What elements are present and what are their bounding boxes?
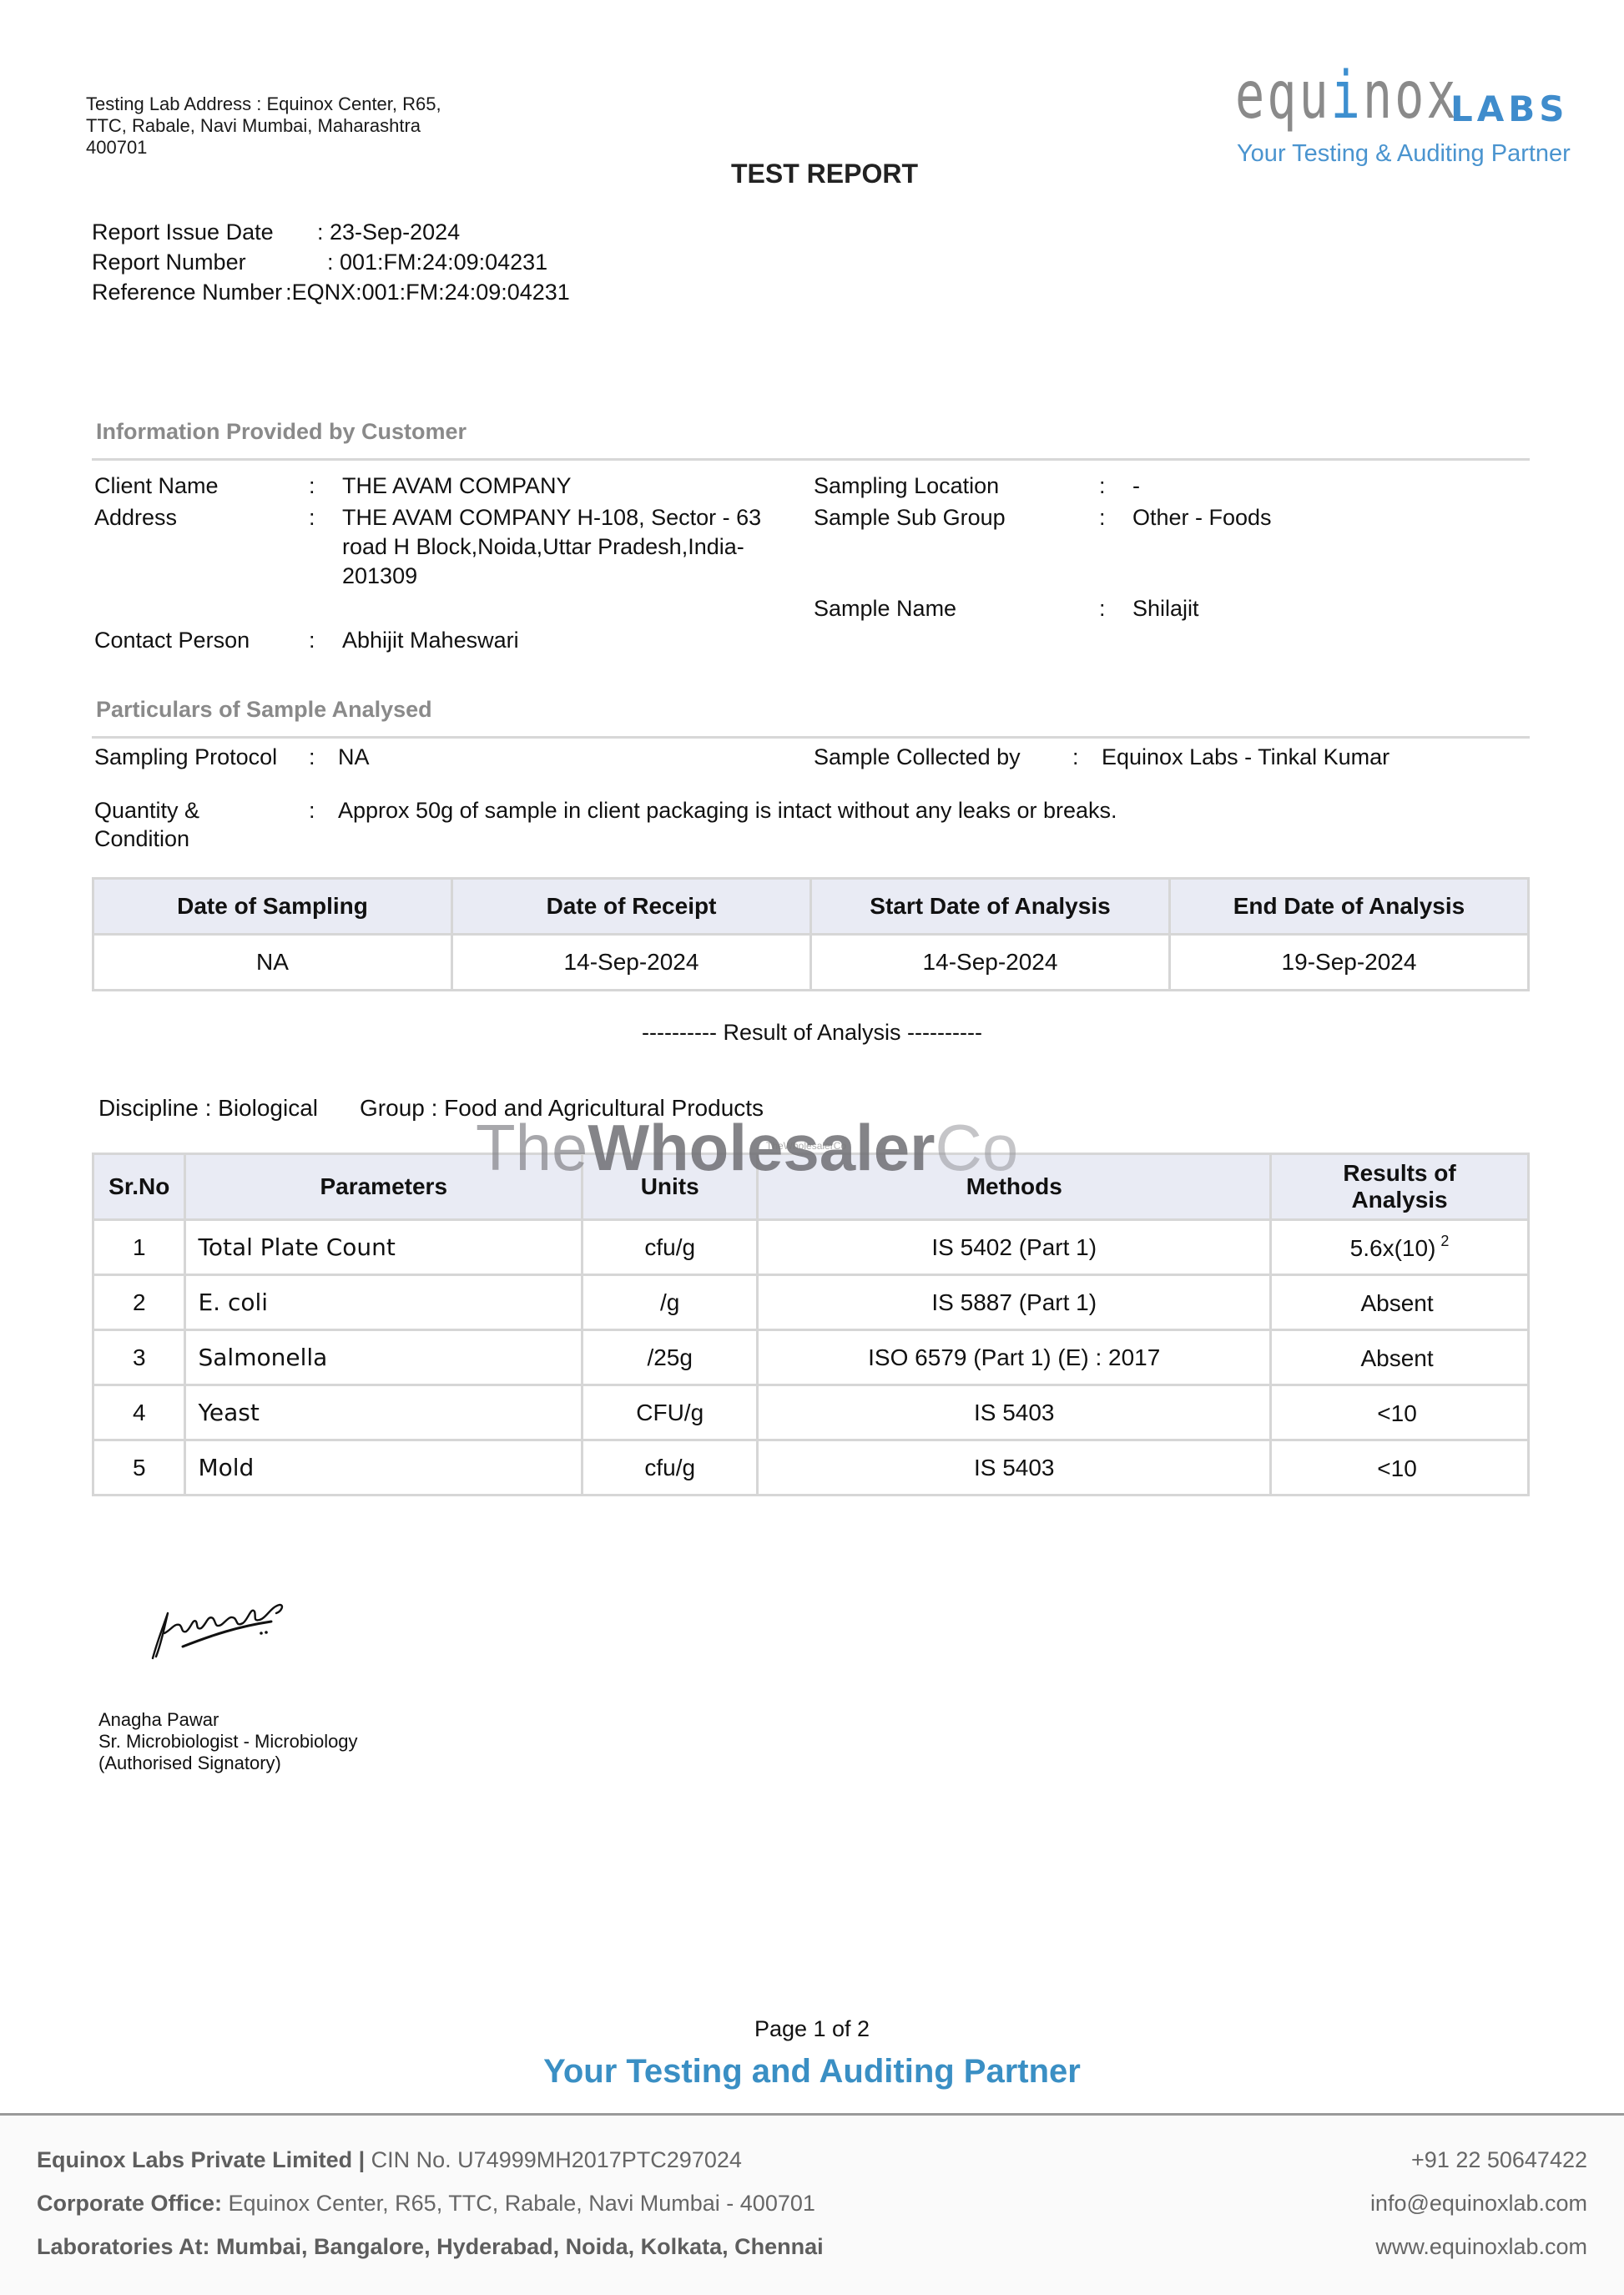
units-header: Units	[583, 1154, 758, 1220]
colon: :	[309, 743, 315, 772]
sample-sub-group-value: Other - Foods	[1132, 503, 1272, 532]
result-cell: <10	[1271, 1385, 1529, 1440]
parameter-cell: Salmonella	[185, 1330, 583, 1385]
unit-cell: cfu/g	[583, 1220, 758, 1275]
end-date-value: 19-Sep-2024	[1170, 935, 1529, 991]
email-link[interactable]: info@equinoxlab.com	[1370, 2182, 1587, 2225]
collected-by-label: Sample Collected by	[814, 743, 1021, 772]
colon: :	[1072, 743, 1079, 772]
address-line: THE AVAM COMPANY H-108, Sector - 63	[342, 503, 761, 532]
issue-date-label: Report Issue Date	[92, 217, 317, 247]
sampling-protocol-label: Sampling Protocol	[94, 743, 277, 772]
sr-no-cell: 1	[93, 1220, 185, 1275]
report-info: Report Issue Date: 23-Sep-2024 Report Nu…	[92, 217, 570, 307]
table-row: 3 Salmonella /25g ISO 6579 (Part 1) (E) …	[93, 1330, 1529, 1385]
method-cell: IS 5403	[758, 1385, 1271, 1440]
colon: :	[1099, 503, 1106, 532]
result-of-analysis-heading: ---------- Result of Analysis ----------	[0, 1020, 1624, 1046]
unit-cell: /g	[583, 1275, 758, 1330]
footer-divider	[0, 2113, 1624, 2116]
start-date-header: Start Date of Analysis	[811, 879, 1170, 935]
table-row: 2 E. coli /g IS 5887 (Part 1) Absent	[93, 1275, 1529, 1330]
group-text: Group : Food and Agricultural Products	[360, 1095, 764, 1121]
colon: :	[309, 626, 315, 655]
reference-number-value: :EQNX:001:FM:24:09:04231	[285, 277, 570, 307]
client-name-value: THE AVAM COMPANY	[342, 472, 572, 501]
sr-no-cell: 4	[93, 1385, 185, 1440]
footer-company-info: Equinox Labs Private Limited | CIN No. U…	[37, 2138, 824, 2268]
result-cell: Absent	[1271, 1330, 1529, 1385]
result-cell: <10	[1271, 1440, 1529, 1496]
unit-cell: CFU/g	[583, 1385, 758, 1440]
document-title: TEST REPORT	[0, 159, 1624, 189]
table-row: 1 Total Plate Count cfu/g IS 5402 (Part …	[93, 1220, 1529, 1275]
result-value: <10	[1377, 1400, 1417, 1426]
handwritten-signature-icon	[146, 1581, 296, 1665]
page-number: Page 1 of 2	[0, 2016, 1624, 2042]
reference-number-label: Reference Number	[92, 277, 282, 307]
parameter-cell: Mold	[185, 1440, 583, 1496]
issue-date-value: : 23-Sep-2024	[317, 217, 460, 247]
signatory-title: Sr. Microbiologist - Microbiology	[98, 1731, 358, 1753]
sample-name-value: Shilajit	[1132, 594, 1199, 623]
colon: :	[1099, 472, 1106, 501]
result-exponent: 2	[1440, 1233, 1449, 1249]
colon: :	[309, 503, 315, 532]
laboratories-list: Laboratories At: Mumbai, Bangalore, Hyde…	[37, 2234, 824, 2259]
address-line: 201309	[342, 562, 417, 591]
address-line: road H Block,Noida,Uttar Pradesh,India-	[342, 532, 744, 562]
methods-header: Methods	[758, 1154, 1271, 1220]
section-divider	[92, 458, 1530, 461]
result-cell: Absent	[1271, 1275, 1529, 1330]
method-cell: IS 5887 (Part 1)	[758, 1275, 1271, 1330]
date-of-receipt-value: 14-Sep-2024	[452, 935, 811, 991]
quantity-label: Quantity &	[94, 796, 199, 825]
website-link[interactable]: www.equinoxlab.com	[1370, 2225, 1587, 2268]
table-row: NA 14-Sep-2024 14-Sep-2024 19-Sep-2024	[93, 935, 1529, 991]
signatory-name: Anagha Pawar	[98, 1709, 358, 1731]
method-cell: IS 5403	[758, 1440, 1271, 1496]
result-value: 5.6x(10)	[1350, 1235, 1436, 1261]
signatory-block: Anagha Pawar Sr. Microbiologist - Microb…	[98, 1709, 358, 1774]
customer-info-heading: Information Provided by Customer	[96, 419, 467, 445]
parameter-cell: Yeast	[185, 1385, 583, 1440]
lab-address-line: 400701	[86, 137, 441, 159]
report-number-label: Report Number	[92, 247, 327, 277]
lab-address-line: Testing Lab Address : Equinox Center, R6…	[86, 93, 441, 115]
sr-no-cell: 3	[93, 1330, 185, 1385]
parameter-cell: Total Plate Count	[185, 1220, 583, 1275]
lab-address-line: TTC, Rabale, Navi Mumbai, Maharashtra	[86, 115, 441, 137]
date-of-sampling-header: Date of Sampling	[93, 879, 452, 935]
parameter-cell: E. coli	[185, 1275, 583, 1330]
contact-person-value: Abhijit Maheswari	[342, 626, 519, 655]
colon: :	[309, 472, 315, 501]
cin-number: CIN No. U74999MH2017PTC297024	[365, 2147, 742, 2172]
quantity-value: Approx 50g of sample in client packaging…	[338, 796, 1117, 825]
logo-labs: LABS	[1450, 88, 1569, 130]
table-row: 5 Mold cfu/g IS 5403 <10	[93, 1440, 1529, 1496]
sampling-location-label: Sampling Location	[814, 472, 999, 501]
method-cell: IS 5402 (Part 1)	[758, 1220, 1271, 1275]
discipline-group: Discipline : BiologicalGroup : Food and …	[98, 1095, 764, 1122]
report-number-value: : 001:FM:24:09:04231	[327, 247, 547, 277]
contact-person-label: Contact Person	[94, 626, 250, 655]
results-table: Sr.No Parameters Units Methods Results o…	[92, 1153, 1530, 1496]
sample-sub-group-label: Sample Sub Group	[814, 503, 1006, 532]
sr-no-cell: 5	[93, 1440, 185, 1496]
method-cell: ISO 6579 (Part 1) (E) : 2017	[758, 1330, 1271, 1385]
footer-contact: +91 22 50647422 info@equinoxlab.com www.…	[1370, 2138, 1587, 2268]
sampling-protocol-value: NA	[338, 743, 370, 772]
phone-number: +91 22 50647422	[1370, 2138, 1587, 2182]
discipline-text: Discipline : Biological	[98, 1095, 318, 1121]
table-row: 4 Yeast CFU/g IS 5403 <10	[93, 1385, 1529, 1440]
signatory-role: (Authorised Signatory)	[98, 1753, 358, 1774]
sr-no-cell: 2	[93, 1275, 185, 1330]
client-name-label: Client Name	[94, 472, 219, 501]
footer-tagline: Your Testing and Auditing Partner	[0, 2053, 1624, 2091]
result-value: Absent	[1360, 1290, 1433, 1316]
logo-wordmark: equinox	[1235, 58, 1459, 134]
results-header: Results of Analysis	[1271, 1154, 1529, 1220]
unit-cell: /25g	[583, 1330, 758, 1385]
sr-no-header: Sr.No	[93, 1154, 185, 1220]
date-of-sampling-value: NA	[93, 935, 452, 991]
colon: :	[309, 796, 315, 825]
corporate-office-address: Equinox Center, R65, TTC, Rabale, Navi M…	[222, 2191, 815, 2216]
end-date-header: End Date of Analysis	[1170, 879, 1529, 935]
result-value: Absent	[1360, 1345, 1433, 1371]
section-divider	[92, 736, 1530, 739]
collected-by-value: Equinox Labs - Tinkal Kumar	[1102, 743, 1389, 772]
dates-table: Date of Sampling Date of Receipt Start D…	[92, 877, 1530, 991]
unit-cell: cfu/g	[583, 1440, 758, 1496]
result-value: <10	[1377, 1455, 1417, 1481]
corporate-office-label: Corporate Office:	[37, 2191, 222, 2216]
parameters-header: Parameters	[185, 1154, 583, 1220]
address-label: Address	[94, 503, 177, 532]
quantity-label: Condition	[94, 825, 189, 854]
result-cell: 5.6x(10)2	[1271, 1220, 1529, 1275]
date-of-receipt-header: Date of Receipt	[452, 879, 811, 935]
watermark-small-text: TheWholesalerCo	[766, 1140, 846, 1152]
start-date-value: 14-Sep-2024	[811, 935, 1170, 991]
sample-particulars-heading: Particulars of Sample Analysed	[96, 697, 432, 723]
equinox-labs-logo: equinox LABS Your Testing & Auditing Par…	[1227, 58, 1586, 175]
colon: :	[1099, 594, 1106, 623]
company-name: Equinox Labs Private Limited |	[37, 2147, 365, 2172]
lab-address: Testing Lab Address : Equinox Center, R6…	[86, 93, 441, 159]
sampling-location-value: -	[1132, 472, 1140, 501]
sample-name-label: Sample Name	[814, 594, 956, 623]
